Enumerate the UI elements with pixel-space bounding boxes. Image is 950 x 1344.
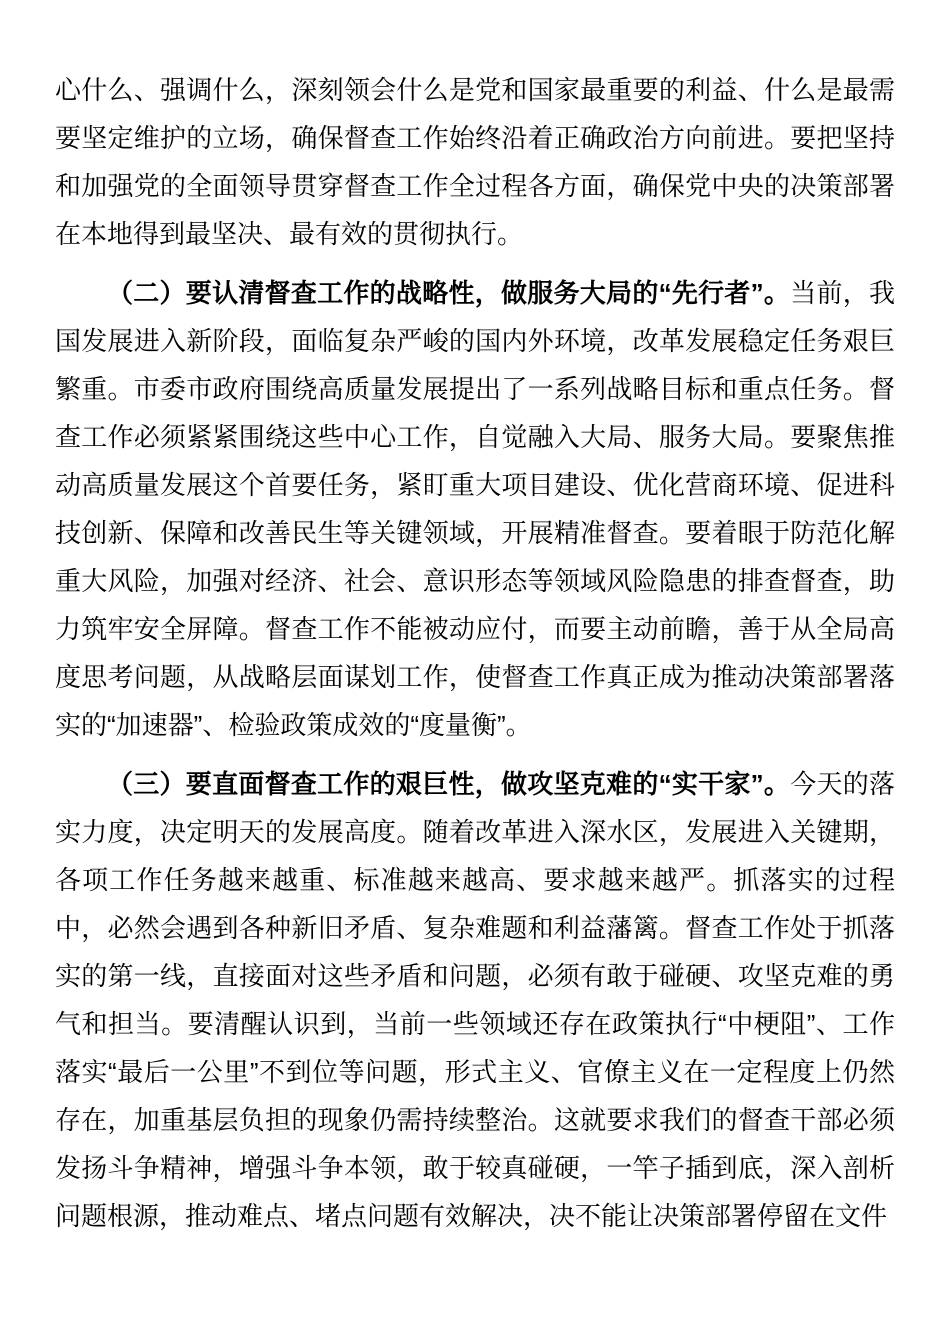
document-page: 心什么、强调什么，深刻领会什么是党和国家最重要的利益、什么是最需要坚定维护的立场… — [0, 0, 950, 1344]
paragraph-section-3: （三）要直面督查工作的艰巨性，做攻坚克难的“实干家”。今天的落实力度，决定明天的… — [55, 760, 895, 1240]
paragraph-bold-lead: （二）要认清督查工作的战略性，做服务大局的“先行者”。 — [107, 278, 790, 308]
paragraph-text: 今天的落实力度，决定明天的发展高度。随着改革进入深水区，发展进入关键期，各项工作… — [55, 769, 895, 1231]
paragraph-section-2: （二）要认清督查工作的战略性，做服务大局的“先行者”。当前，我国发展进入新阶段，… — [55, 269, 895, 749]
paragraph-bold-lead: （三）要直面督查工作的艰巨性，做攻坚克难的“实干家”。 — [107, 769, 790, 799]
paragraph-continuation: 心什么、强调什么，深刻领会什么是党和国家最重要的利益、什么是最需要坚定维护的立场… — [55, 66, 895, 258]
paragraph-text: 心什么、强调什么，深刻领会什么是党和国家最重要的利益、什么是最需要坚定维护的立场… — [55, 75, 895, 249]
paragraph-text: 当前，我国发展进入新阶段，面临复杂严峻的国内外环境，改革发展稳定任务艰巨繁重。市… — [55, 278, 895, 740]
